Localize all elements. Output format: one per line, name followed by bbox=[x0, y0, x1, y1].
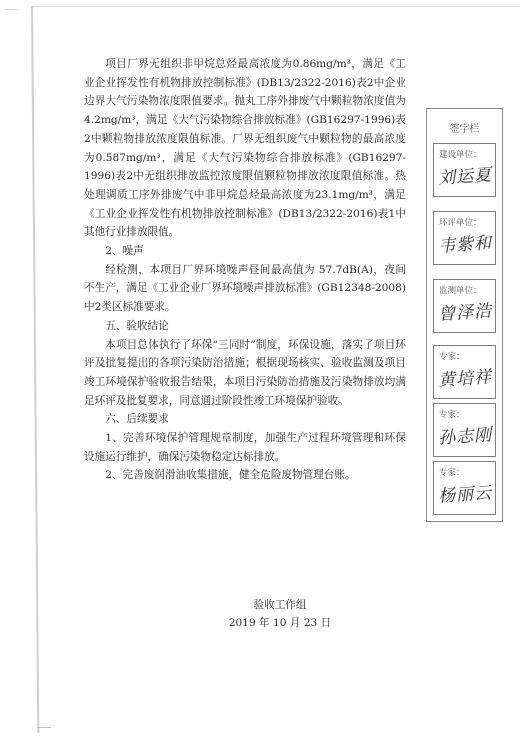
handwritten-signature: 刘运夏 bbox=[437, 160, 493, 189]
heading-follow-up: 六、后续要求 bbox=[84, 410, 406, 429]
handwritten-signature: 韦紫和 bbox=[437, 228, 493, 257]
handwritten-signature: 孙志刚 bbox=[437, 420, 493, 449]
signature-label: 专家： bbox=[439, 408, 465, 420]
heading-noise: 2、噪声 bbox=[84, 242, 406, 261]
signature-box-eia-unit: 环评单位： 韦紫和 bbox=[433, 211, 496, 265]
signature-label: 监测单位： bbox=[439, 284, 482, 296]
paragraph-follow-up-2: 2、完善废润滑油收集措施，健全危险废物管理台账。 bbox=[84, 466, 406, 485]
signature-box-expert-3: 专家： 杨丽云 bbox=[433, 461, 496, 515]
signature-panel: 签字栏 建设单位： 刘运夏 环评单位： 韦紫和 监测单位： 曾泽浩 专家： 黄培… bbox=[426, 108, 503, 522]
signature-label: 建设单位： bbox=[439, 148, 482, 160]
page-edge-foot bbox=[37, 727, 51, 728]
paragraph-follow-up-1: 1、完善环境保护管理规章制度，加强生产过程环境管理和环保设施运行维护，确保污染物… bbox=[84, 429, 406, 466]
handwritten-signature: 曾泽浩 bbox=[437, 296, 493, 325]
handwritten-signature: 黄培祥 bbox=[437, 362, 493, 391]
heading-conclusion: 五、验收结论 bbox=[84, 317, 406, 336]
handwritten-signature: 杨丽云 bbox=[437, 478, 493, 507]
document-body: 项目厂界无组织非甲烷总烃最高浓度为0.86mg/m³，满足《工业企业挥发性有机物… bbox=[84, 55, 406, 485]
scan-mark bbox=[5, 9, 17, 10]
page-edge-left bbox=[31, 6, 39, 733]
signature-box-construction-unit: 建设单位： 刘运夏 bbox=[433, 143, 496, 197]
signature-panel-title: 签字栏 bbox=[427, 120, 502, 135]
signature-label: 环评单位： bbox=[439, 216, 482, 228]
paragraph-conclusion: 本项目总体执行了环保“三同时”制度，环保设施，落实了项目环评及批复提出的各项污染… bbox=[84, 336, 406, 411]
paragraph-noise: 经检测，本项目厂界环境噪声昼间最高值为 57.7dB(A)，夜间不生产，满足《工… bbox=[84, 261, 406, 317]
signature-box-expert-2: 专家： 孙志刚 bbox=[433, 403, 496, 457]
signoff-group: 验收工作组 bbox=[200, 596, 360, 614]
signature-box-expert-1: 专家： 黄培祥 bbox=[433, 345, 496, 399]
signoff-block: 验收工作组 2019 年 10 月 23 日 bbox=[200, 596, 360, 632]
signature-label: 专家： bbox=[439, 466, 465, 478]
signature-box-monitoring-unit: 监测单位： 曾泽浩 bbox=[433, 279, 496, 333]
signature-label: 专家： bbox=[439, 350, 465, 362]
signoff-date: 2019 年 10 月 23 日 bbox=[200, 614, 360, 632]
paragraph-air-emissions: 项目厂界无组织非甲烷总烃最高浓度为0.86mg/m³，满足《工业企业挥发性有机物… bbox=[84, 55, 406, 242]
page-edge-top bbox=[30, 6, 520, 7]
